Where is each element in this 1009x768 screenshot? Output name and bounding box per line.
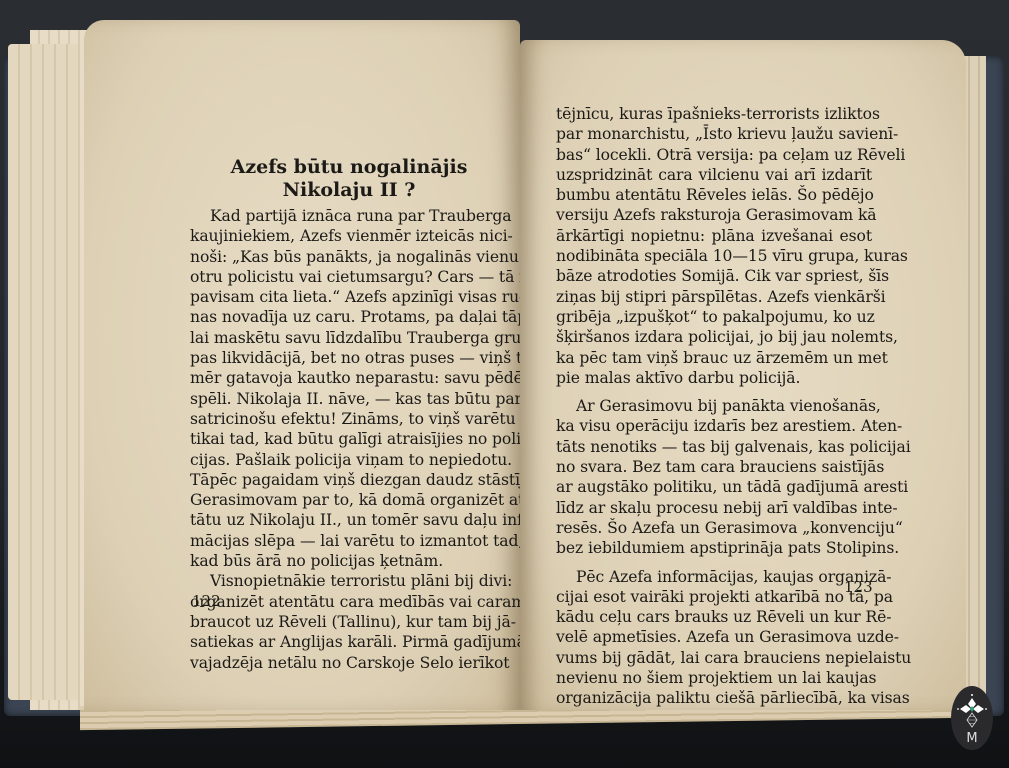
right-page-body: tējnīcu, kuras īpašnieks-terrorists izli…	[556, 104, 872, 709]
text-line: ka pēc tam viņš brauc uz ārzemēm un met	[556, 348, 872, 368]
text-line: uzspridzināt cara vilcienu vai arī izdar…	[556, 165, 872, 185]
text-line: versiju Azefs raksturoja Gerasimovam kā	[556, 205, 872, 225]
text-line: nas novadīja uz caru. Protams, pa daļai …	[190, 307, 502, 327]
text-line: nodibināta speciāla 10—15 vīru grupa, ku…	[556, 246, 872, 266]
text-line: bāze atrodoties Somijā. Cik var spriest,…	[556, 266, 872, 286]
text-line: organizācija paliktu ciešā pārliecībā, k…	[556, 688, 872, 708]
paragraph: Pēc Azefa informācijas, kaujas organizā-…	[556, 567, 872, 709]
text-line: velē apmetīsies. Azefa un Gerasimova uzd…	[556, 627, 872, 647]
text-line: bas“ locekli. Otrā versija: pa ceļam uz …	[556, 145, 872, 165]
text-line: satricinošu efektu! Zināms, to viņš varē…	[190, 409, 502, 429]
text-line: Kad partijā iznāca runa par Trauberga	[190, 206, 502, 226]
text-line: vajadzēja netālu no Carskoje Selo ierīko…	[190, 653, 502, 673]
left-page: Azefs būtu nogalinājis Nikolaju II ? Kad…	[84, 20, 520, 710]
text-line: gribēja „izpušķot“ to pakalpojumu, ko uz	[556, 307, 872, 327]
text-line: otru policistu vai cietumsargu? Cars — t…	[190, 267, 502, 287]
paragraph: Visnopietnākie terroristu plāni bij divi…	[190, 571, 502, 672]
paragraph: tējnīcu, kuras īpašnieks-terrorists izli…	[556, 104, 872, 388]
paragraph: Kad partijā iznāca runa par Trauberga ka…	[190, 206, 502, 571]
text-line: kaujiniekiem, Azefs vienmēr izteicās nic…	[190, 226, 502, 246]
text-line: noši: „Kas būs panākts, ja nogalinās vie…	[190, 247, 502, 267]
text-line: tikai tad, kad būtu galīgi atraisījies n…	[190, 429, 502, 449]
text-line: Ar Gerasimovu bij panākta vienošanās,	[556, 396, 872, 416]
watermark-badge: M	[951, 686, 993, 750]
text-line: Visnopietnākie terroristu plāni bij divi…	[190, 571, 502, 591]
right-page: tējnīcu, kuras īpašnieks-terrorists izli…	[520, 40, 966, 710]
text-line: šķiršanos izdara policijai, jo bij jau n…	[556, 327, 872, 347]
page-stack-left	[8, 44, 78, 700]
text-line: resēs. Šo Azefa un Gerasimova „konvencij…	[556, 518, 872, 538]
text-line: ārkārtīgi nopietnu: plāna izvešanai esot	[556, 226, 872, 246]
text-line: satiekas ar Anglijas karāli. Pirmā gadīj…	[190, 632, 502, 652]
text-line: bumbu atentātu Rēveles ielās. Šo pēdējo	[556, 185, 872, 205]
text-line: pas likvidācijā, bet no otras puses — vi…	[190, 348, 502, 368]
chapter-title: Azefs būtu nogalinājis Nikolaju II ?	[194, 156, 504, 202]
text-line: ziņas bij stipri pārspīlētas. Azefs vien…	[556, 287, 872, 307]
chapter-title-line: Azefs būtu nogalinājis	[194, 156, 504, 179]
text-line: kādu ceļu cars brauks uz Rēveli un kur R…	[556, 607, 872, 627]
text-line: lai maskētu savu līdzdalību Trauberga gr…	[190, 328, 502, 348]
text-line: cijas. Pašlaik policija viņam to nepiedo…	[190, 450, 502, 470]
text-line: bez iebildumiem apstiprināja pats Stolip…	[556, 538, 872, 558]
text-line: tāts nenotiks — tas bij galvenais, kas p…	[556, 437, 872, 457]
paragraph: Ar Gerasimovu bij panākta vienošanās, ka…	[556, 396, 872, 558]
text-line: par monarchistu, „Īsto krievu ļaužu savi…	[556, 124, 872, 144]
text-line: spēli. Nikolaja II. nāve, — kas tas būtu…	[190, 389, 502, 409]
monogram-letter: M	[966, 731, 977, 746]
text-line: no svara. Bez tam cara brauciens saistīj…	[556, 457, 872, 477]
text-line: Tāpēc pagaidam viņš diezgan daudz stāstī…	[190, 470, 502, 490]
left-page-body: Kad partijā iznāca runa par Trauberga ka…	[190, 206, 502, 673]
text-line: braucot uz Rēveli (Tallinu), kur tam bij…	[190, 612, 502, 632]
text-line: tātu uz Nikolaju II., un tomēr savu daļu…	[190, 510, 502, 530]
text-line: Pēc Azefa informācijas, kaujas organizā-	[556, 567, 872, 587]
page-number: 123	[844, 578, 873, 596]
text-line: vums bij gādāt, lai cara brauciens nepie…	[556, 648, 872, 668]
text-line: mēr gatavoja kautko neparastu: savu pēdē…	[190, 368, 502, 388]
text-line: cijai esot vairāki projekti atkarībā no …	[556, 587, 872, 607]
text-line: kad būs ārā no policijas ķetnām.	[190, 551, 502, 571]
text-line: organizēt atentātu cara medībās vai cara…	[190, 592, 502, 612]
text-line: ar augstāko politiku, un tādā gadījumā a…	[556, 477, 872, 497]
text-line: Gerasimovam par to, kā domā organizēt at…	[190, 490, 502, 510]
text-line: mācijas slēpa — lai varētu to izmantot t…	[190, 531, 502, 551]
page-number: 122	[192, 592, 221, 610]
text-line: pavisam cita lieta.“ Azefs apzinīgi visa…	[190, 287, 502, 307]
text-line: tējnīcu, kuras īpašnieks-terrorists izli…	[556, 104, 872, 124]
text-line: nevienu no šiem projektiem un lai kaujas	[556, 668, 872, 688]
chapter-title-line: Nikolaju II ?	[194, 179, 504, 202]
text-line: līdz ar skaļu procesu nebij arī valdības…	[556, 498, 872, 518]
text-line: pie malas aktīvo darbu policijā.	[556, 368, 872, 388]
text-line: ka visu operāciju izdarīs bez arestiem. …	[556, 416, 872, 436]
